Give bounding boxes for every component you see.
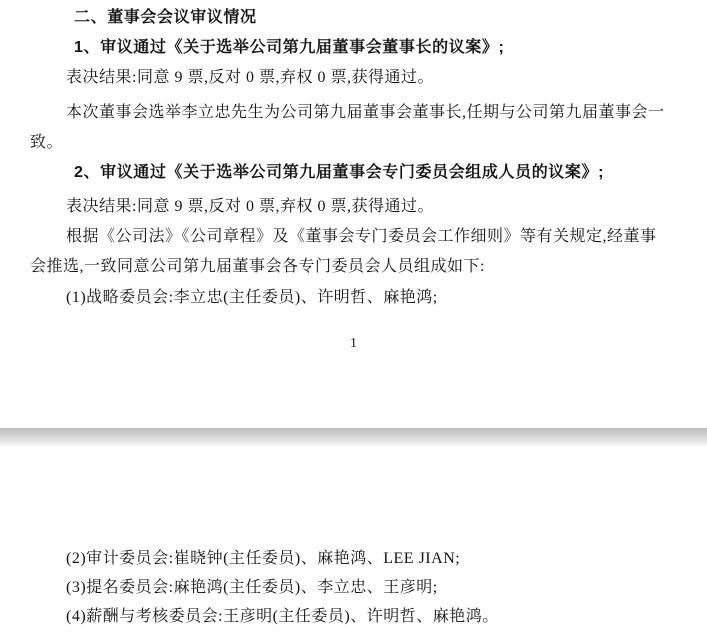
committee-audit-line: (2)审计委员会:崔晓钟(主任委员)、麻艳鸿、LEE JIAN; <box>66 549 460 568</box>
committee-remuneration-line: (4)薪酬与考核委员会:王彦明(主任委员)、许明哲、麻艳鸿。 <box>66 607 499 626</box>
item-2-body-line-1: 根据《公司法》《公司章程》及《董事会专门委员会工作细则》等有关规定,经董事 <box>66 227 657 246</box>
document-viewer: 二、董事会会议审议情况 1、审议通过《关于选举公司第九届董事会董事长的议案》; … <box>0 0 707 636</box>
section-heading: 二、董事会会议审议情况 <box>74 8 257 27</box>
item-1-body-line-2: 致。 <box>30 133 63 152</box>
item-2-heading: 2、审议通过《关于选举公司第九届董事会专门委员会组成人员的议案》; <box>74 163 604 182</box>
item-2-vote-result: 表决结果:同意 9 票,反对 0 票,弃权 0 票,获得通过。 <box>66 197 434 216</box>
item-1-body-line-1: 本次董事会选举李立忠先生为公司第九届董事会董事长,任期与公司第九届董事会一 <box>66 103 665 122</box>
committee-nomination-line: (3)提名委员会:麻艳鸿(主任委员)、李立忠、王彦明; <box>66 578 438 597</box>
item-1-vote-result: 表决结果:同意 9 票,反对 0 票,弃权 0 票,获得通过。 <box>66 68 434 87</box>
page-number: 1 <box>0 336 707 352</box>
item-1-heading: 1、审议通过《关于选举公司第九届董事会董事长的议案》; <box>74 38 504 57</box>
item-2-body-line-2: 会推选,一致同意公司第九届董事会各专门委员会人员组成如下: <box>30 257 485 276</box>
committee-strategy-line: (1)战略委员会:李立忠(主任委员)、许明哲、麻艳鸿; <box>66 288 438 307</box>
page-separator <box>0 428 707 447</box>
